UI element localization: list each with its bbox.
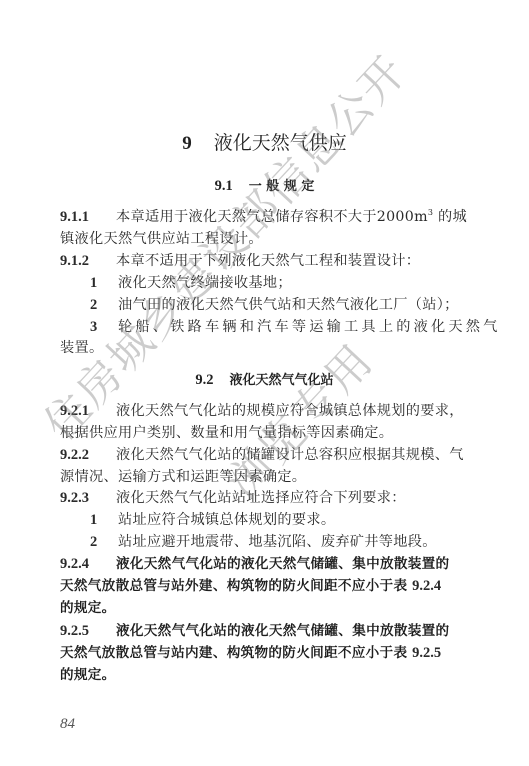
clause-9-1-1-line-1: 9.1.1本章适用于液化天然气总储存容积不大于2000m3 的城	[60, 206, 460, 228]
clause-text: 的规定。	[60, 600, 116, 616]
document-page: 9液化天然气供应 9.1一 般 规 定 9.1.1本章适用于液化天然气总储存容积…	[0, 0, 529, 766]
clause-text: 源情况、运输方式和运距等因素确定。	[60, 469, 306, 485]
clause-9-1-1-line-2: 镇液化天然气供应站工程设计。	[60, 228, 460, 250]
chapter-number: 9	[182, 133, 192, 154]
clause-number: 9.2.4	[60, 553, 116, 575]
clause-text: 的城	[433, 209, 467, 225]
clause-text: 天然气放散总管与站内建、构筑物的防火间距不应小于表	[60, 645, 407, 661]
section-heading-9-2: 9.2液化天然气气化站	[0, 370, 529, 391]
clause-text: 的规定。	[60, 667, 116, 683]
clause-text: 液化天然气气化站的储罐设计总容积应根据其规模、气	[116, 447, 464, 463]
clause-9-2-4-line-1: 9.2.4液化天然气气化站的液化天然气储罐、集中放散装置的	[60, 553, 460, 575]
table-reference: 9.2.4	[412, 575, 441, 597]
list-item-continuation: 装置。	[60, 337, 460, 359]
clause-9-2-4-line-3: 的规定。	[60, 597, 460, 619]
clause-number: 9.2.1	[60, 400, 116, 422]
item-number: 3	[90, 316, 118, 338]
clause-text: 本章适用于液化天然气总储存容积不大于2000m	[116, 209, 428, 225]
clause-9-2-5-line-2: 天然气放散总管与站内建、构筑物的防火间距不应小于表 9.2.5	[60, 642, 460, 664]
section-title: 液化天然气气化站	[230, 373, 334, 388]
item-number: 1	[90, 509, 118, 531]
clause-9-2-5-line-3: 的规定。	[60, 664, 460, 686]
item-number: 1	[90, 272, 118, 294]
list-item: 1液化天然气终端接收基地；	[60, 272, 460, 294]
item-text: 站址应符合城镇总体规划的要求。	[118, 512, 335, 528]
clause-9-2-3: 9.2.3液化天然气气化站站址选择应符合下列要求：	[60, 487, 460, 509]
list-item: 1站址应符合城镇总体规划的要求。	[60, 509, 460, 531]
clause-9-2-2-line-1: 9.2.2液化天然气气化站的储罐设计总容积应根据其规模、气	[60, 444, 460, 466]
list-item: 3轮船、铁路车辆和汽车等运输工具上的液化天然气	[60, 316, 460, 338]
section-number: 9.2	[195, 372, 213, 388]
clause-text: 液化天然气气化站站址选择应符合下列要求：	[116, 490, 406, 506]
section-title: 一 般 规 定	[249, 179, 315, 194]
clause-text: 液化天然气气化站的液化天然气储罐、集中放散装置的	[116, 623, 449, 639]
clause-9-2-1-line-1: 9.2.1液化天然气气化站的规模应符合城镇总体规划的要求，	[60, 400, 460, 422]
clause-number: 9.1.2	[60, 250, 116, 272]
item-text: 装置。	[60, 340, 103, 356]
list-item: 2站址应避开地震带、地基沉陷、废弃矿井等地段。	[60, 531, 460, 553]
clause-9-2-4-line-2: 天然气放散总管与站外建、构筑物的防火间距不应小于表 9.2.4	[60, 575, 460, 597]
clause-9-2-2-line-2: 源情况、运输方式和运距等因素确定。	[60, 466, 460, 488]
page-number: 84	[60, 716, 75, 733]
clause-9-1-2: 9.1.2本章不适用于下列液化天然气工程和装置设计：	[60, 250, 460, 272]
clause-number: 9.2.2	[60, 444, 116, 466]
clause-9-2-5-line-1: 9.2.5液化天然气气化站的液化天然气储罐、集中放散装置的	[60, 620, 460, 642]
clause-number: 9.1.1	[60, 206, 116, 228]
clause-number: 9.2.5	[60, 620, 116, 642]
clause-text: 根据供应用户类别、数量和用气量指标等因素确定。	[60, 425, 393, 441]
item-number: 2	[90, 294, 118, 316]
chapter-title: 9液化天然气供应	[0, 130, 529, 157]
section-heading-9-1: 9.1一 般 规 定	[0, 176, 529, 197]
clause-text: 液化天然气气化站的规模应符合城镇总体规划的要求，	[116, 403, 464, 419]
clause-9-2-1-line-2: 根据供应用户类别、数量和用气量指标等因素确定。	[60, 422, 460, 444]
clause-text: 镇液化天然气供应站工程设计。	[60, 231, 263, 247]
item-text: 轮船、铁路车辆和汽车等运输工具上的液化天然气	[118, 319, 501, 335]
clause-number: 9.2.3	[60, 487, 116, 509]
table-reference: 9.2.5	[412, 642, 441, 664]
clause-text: 液化天然气气化站的液化天然气储罐、集中放散装置的	[116, 556, 449, 572]
item-text: 液化天然气终端接收基地；	[118, 275, 292, 291]
clause-text: 本章不适用于下列液化天然气工程和装置设计：	[116, 253, 420, 269]
item-text: 油气田的液化天然气供气站和天然气液化工厂（站）；	[118, 297, 459, 313]
item-number: 2	[90, 531, 118, 553]
chapter-title-text: 液化天然气供应	[214, 132, 347, 154]
section-number: 9.1	[215, 178, 233, 194]
list-item: 2油气田的液化天然气供气站和天然气液化工厂（站）；	[60, 294, 460, 316]
item-text: 站址应避开地震带、地基沉陷、废弃矿井等地段。	[118, 534, 437, 550]
clause-text: 天然气放散总管与站外建、构筑物的防火间距不应小于表	[60, 578, 407, 594]
